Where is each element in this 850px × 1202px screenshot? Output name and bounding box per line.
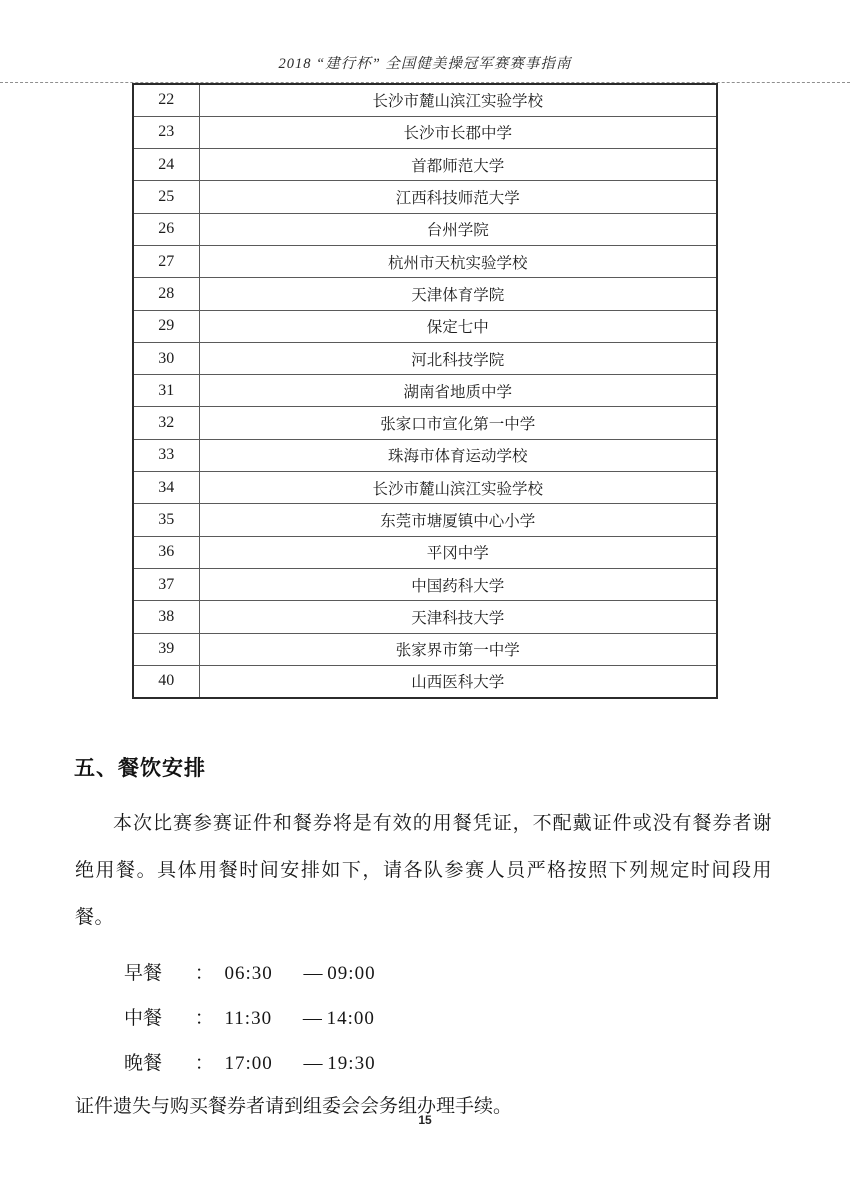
school-name-cell: 张家口市宣化第一中学 <box>199 407 717 439</box>
table-row: 24首都师范大学 <box>133 149 717 181</box>
meal-start-time: 06:30 <box>225 951 273 996</box>
page-number: 15 <box>0 1113 850 1127</box>
meal-row-lunch: 中餐 ： 11:30 — 14:00 <box>124 996 850 1041</box>
meal-colon: ： <box>195 996 214 1041</box>
row-number-cell: 32 <box>133 407 199 439</box>
table-row: 40山西医科大学 <box>133 665 717 697</box>
row-number-cell: 30 <box>133 342 199 374</box>
school-name-cell: 河北科技学院 <box>199 342 717 374</box>
school-table: 22长沙市麓山滨江实验学校23长沙市长郡中学24首都师范大学25江西科技师范大学… <box>132 83 718 699</box>
school-table-body: 22长沙市麓山滨江实验学校23长沙市长郡中学24首都师范大学25江西科技师范大学… <box>133 84 717 698</box>
school-name-cell: 杭州市天杭实验学校 <box>199 245 717 277</box>
meal-dash: — <box>303 996 322 1041</box>
school-name-cell: 首都师范大学 <box>199 149 717 181</box>
table-row: 32张家口市宣化第一中学 <box>133 407 717 439</box>
school-name-cell: 天津体育学院 <box>199 278 717 310</box>
row-number-cell: 23 <box>133 116 199 148</box>
meal-start-time: 17:00 <box>225 1041 273 1086</box>
meal-end-time: 19:30 <box>327 1041 375 1086</box>
school-name-cell: 平冈中学 <box>199 536 717 568</box>
school-name-cell: 张家界市第一中学 <box>199 633 717 665</box>
school-name-cell: 天津科技大学 <box>199 601 717 633</box>
dining-paragraph: 本次比赛参赛证件和餐券将是有效的用餐凭证，不配戴证件或没有餐券者谢绝用餐。具体用… <box>75 800 772 941</box>
table-row: 29保定七中 <box>133 310 717 342</box>
table-row: 28天津体育学院 <box>133 278 717 310</box>
row-number-cell: 40 <box>133 665 199 697</box>
meal-dash: — <box>304 951 323 996</box>
school-name-cell: 湖南省地质中学 <box>199 375 717 407</box>
table-row: 39张家界市第一中学 <box>133 633 717 665</box>
school-name-cell: 长沙市麓山滨江实验学校 <box>199 472 717 504</box>
meal-label: 早餐 <box>124 951 168 996</box>
table-row: 33珠海市体育运动学校 <box>133 439 717 471</box>
table-row: 25江西科技师范大学 <box>133 181 717 213</box>
row-number-cell: 34 <box>133 472 199 504</box>
row-number-cell: 24 <box>133 149 199 181</box>
meal-dash: — <box>304 1041 323 1086</box>
meal-colon: ： <box>195 1041 214 1086</box>
table-row: 22长沙市麓山滨江实验学校 <box>133 84 717 116</box>
meal-label: 晚餐 <box>124 1041 168 1086</box>
school-name-cell: 珠海市体育运动学校 <box>199 439 717 471</box>
row-number-cell: 38 <box>133 601 199 633</box>
table-row: 30河北科技学院 <box>133 342 717 374</box>
school-name-cell: 山西医科大学 <box>199 665 717 697</box>
row-number-cell: 27 <box>133 245 199 277</box>
school-name-cell: 长沙市长郡中学 <box>199 116 717 148</box>
meal-row-breakfast: 早餐 ： 06:30 — 09:00 <box>124 951 850 996</box>
school-name-cell: 台州学院 <box>199 213 717 245</box>
meal-colon: ： <box>195 951 214 996</box>
table-row: 35东莞市塘厦镇中心小学 <box>133 504 717 536</box>
row-number-cell: 28 <box>133 278 199 310</box>
meal-time-list: 早餐 ： 06:30 — 09:00 中餐 ： 11:30 — 14:00 晚餐… <box>124 951 850 1086</box>
meal-start-time: 11:30 <box>225 996 273 1041</box>
table-row: 31湖南省地质中学 <box>133 375 717 407</box>
table-row: 37中国药科大学 <box>133 568 717 600</box>
school-name-cell: 东莞市塘厦镇中心小学 <box>199 504 717 536</box>
meal-label: 中餐 <box>124 996 168 1041</box>
document-page: 2018 “建行杯” 全国健美操冠军赛赛事指南 22长沙市麓山滨江实验学校23长… <box>0 0 850 1202</box>
row-number-cell: 36 <box>133 536 199 568</box>
section-heading-dining: 五、餐饮安排 <box>74 752 850 782</box>
row-number-cell: 33 <box>133 439 199 471</box>
school-name-cell: 中国药科大学 <box>199 568 717 600</box>
table-row: 36平冈中学 <box>133 536 717 568</box>
meal-row-dinner: 晚餐 ： 17:00 — 19:30 <box>124 1041 850 1086</box>
school-name-cell: 保定七中 <box>199 310 717 342</box>
school-name-cell: 长沙市麓山滨江实验学校 <box>199 84 717 116</box>
meal-end-time: 14:00 <box>327 996 375 1041</box>
row-number-cell: 31 <box>133 375 199 407</box>
row-number-cell: 25 <box>133 181 199 213</box>
row-number-cell: 22 <box>133 84 199 116</box>
table-row: 26台州学院 <box>133 213 717 245</box>
row-number-cell: 29 <box>133 310 199 342</box>
table-row: 27杭州市天杭实验学校 <box>133 245 717 277</box>
table-row: 34长沙市麓山滨江实验学校 <box>133 472 717 504</box>
row-number-cell: 26 <box>133 213 199 245</box>
table-row: 23长沙市长郡中学 <box>133 116 717 148</box>
table-row: 38天津科技大学 <box>133 601 717 633</box>
row-number-cell: 37 <box>133 568 199 600</box>
row-number-cell: 39 <box>133 633 199 665</box>
meal-end-time: 09:00 <box>327 951 375 996</box>
school-name-cell: 江西科技师范大学 <box>199 181 717 213</box>
running-header-title: 2018 “建行杯” 全国健美操冠军赛赛事指南 <box>0 0 850 73</box>
row-number-cell: 35 <box>133 504 199 536</box>
